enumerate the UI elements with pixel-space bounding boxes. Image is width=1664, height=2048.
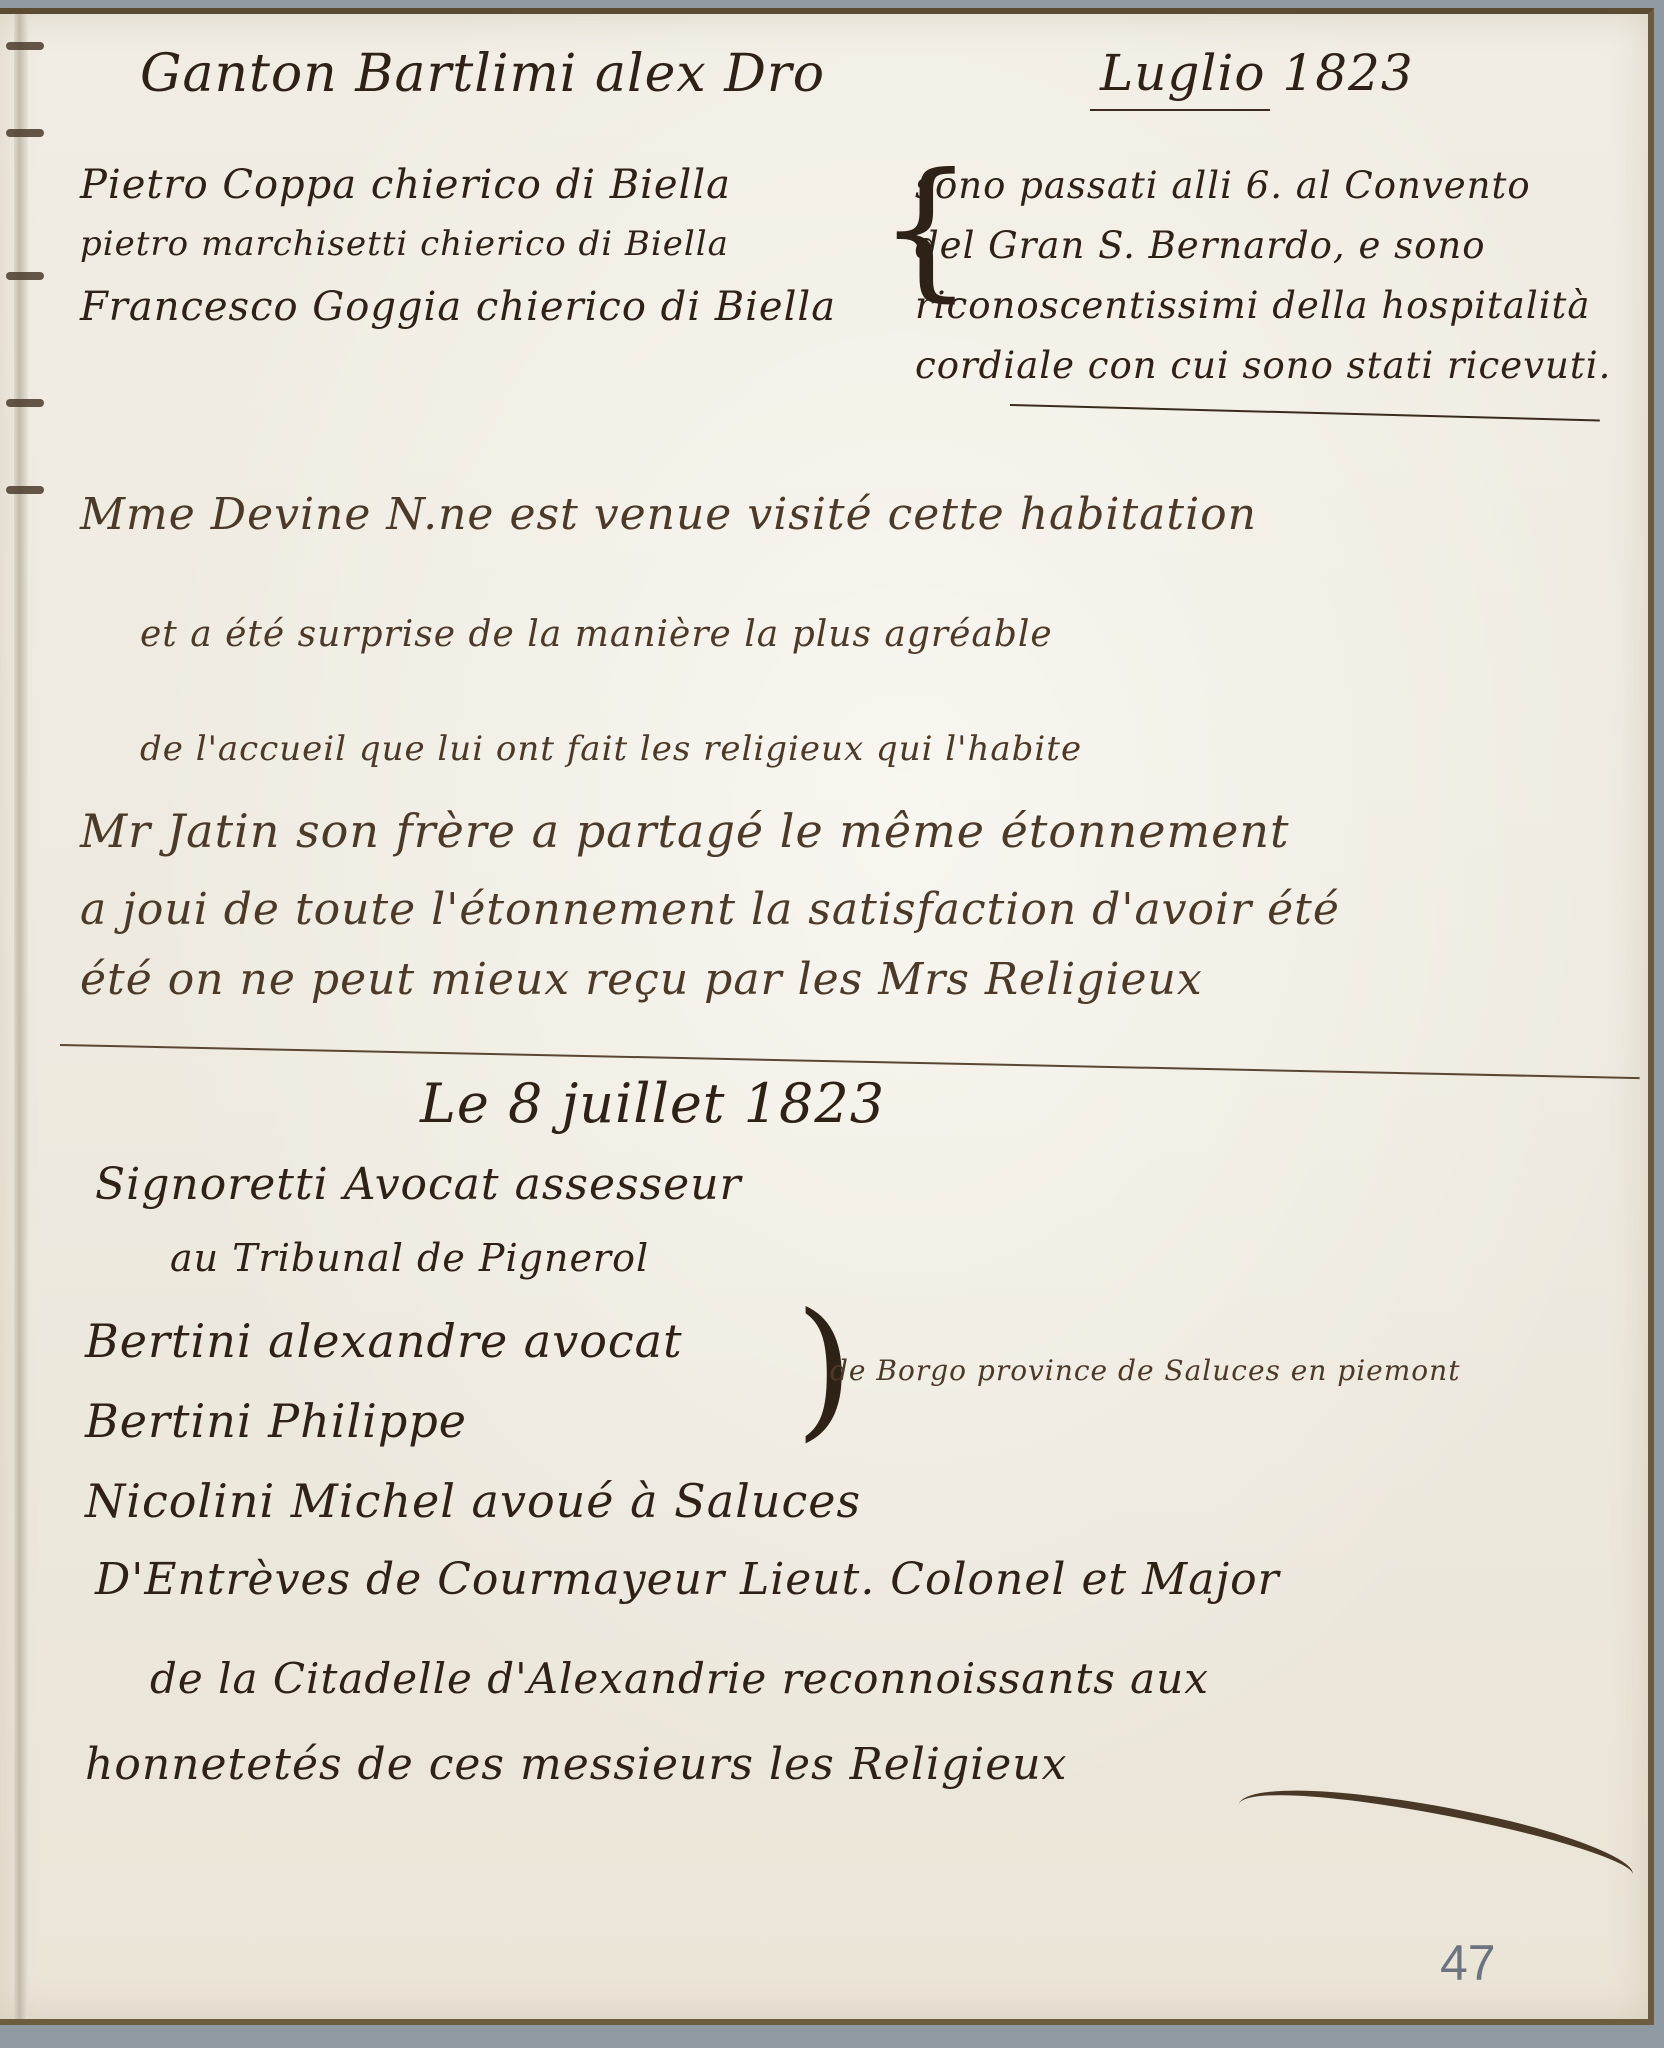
- entry3-date: Le 8 juillet 1823: [420, 1072, 885, 1135]
- entry3-line: Bertini Philippe: [85, 1394, 467, 1448]
- entry1-header-name: Ganton Bartlimi alex Dro: [140, 44, 825, 104]
- page-gutter: [14, 14, 28, 2019]
- note-line: del Gran S. Bernardo, e sono: [915, 224, 1485, 267]
- binding-stitch: [6, 399, 44, 407]
- entry3-line: au Tribunal de Pignerol: [170, 1236, 649, 1280]
- note-line: sono passati alli 6. al Convento: [915, 164, 1531, 207]
- signatory-line: Pietro Coppa chierico di Biella: [80, 162, 731, 208]
- entry3-line: honnetetés de ces messieurs les Religieu…: [85, 1739, 1067, 1790]
- binding-stitch: [6, 272, 44, 280]
- note-line: riconoscentissimi della hospitalità: [915, 284, 1590, 327]
- signatory-line: Francesco Goggia chierico di Biella: [80, 284, 836, 330]
- entry2-line: a joui de toute l'étonnement la satisfac…: [80, 884, 1340, 935]
- date-underline: [1090, 109, 1270, 111]
- entry2-line: Mme Devine N.ne est venue visité cette h…: [80, 489, 1257, 540]
- entry2-line: Mr Jatin son frère a partagé le même éto…: [80, 804, 1289, 858]
- scanned-book: Ganton Bartlimi alex Dro Luglio 1823 Pie…: [0, 0, 1664, 2048]
- bracket-note: de Borgo province de Saluces en piemont: [830, 1354, 1460, 1387]
- entry3-line: de la Citadelle d'Alexandrie reconnoissa…: [150, 1654, 1209, 1703]
- binding-stitch: [6, 42, 44, 50]
- signatory-line: pietro marchisetti chierico di Biella: [80, 224, 729, 264]
- entry2-line: et a été surprise de la manière la plus …: [140, 614, 1053, 655]
- page-number: 47: [1440, 1934, 1496, 1992]
- manuscript-page: Ganton Bartlimi alex Dro Luglio 1823 Pie…: [0, 8, 1654, 2025]
- entry1-header-date: Luglio 1823: [1100, 44, 1414, 102]
- entry2-line: de l'accueil que lui ont fait les religi…: [140, 729, 1082, 769]
- entry3-line: Nicolini Michel avoué à Saluces: [85, 1474, 861, 1528]
- entry1-end-rule: [1010, 404, 1600, 421]
- entry3-line: D'Entrèves de Courmayeur Lieut. Colonel …: [95, 1554, 1280, 1605]
- note-line: cordiale con cui sono stati ricevuti.: [915, 344, 1611, 387]
- binding-stitch: [6, 486, 44, 494]
- binding-stitch: [6, 129, 44, 137]
- entry3-line: Signoretti Avocat assesseur: [95, 1159, 742, 1210]
- entry3-line: Bertini alexandre avocat: [85, 1314, 683, 1368]
- entry2-line: été on ne peut mieux reçu par les Mrs Re…: [80, 954, 1203, 1005]
- signature-flourish: [1233, 1765, 1638, 1915]
